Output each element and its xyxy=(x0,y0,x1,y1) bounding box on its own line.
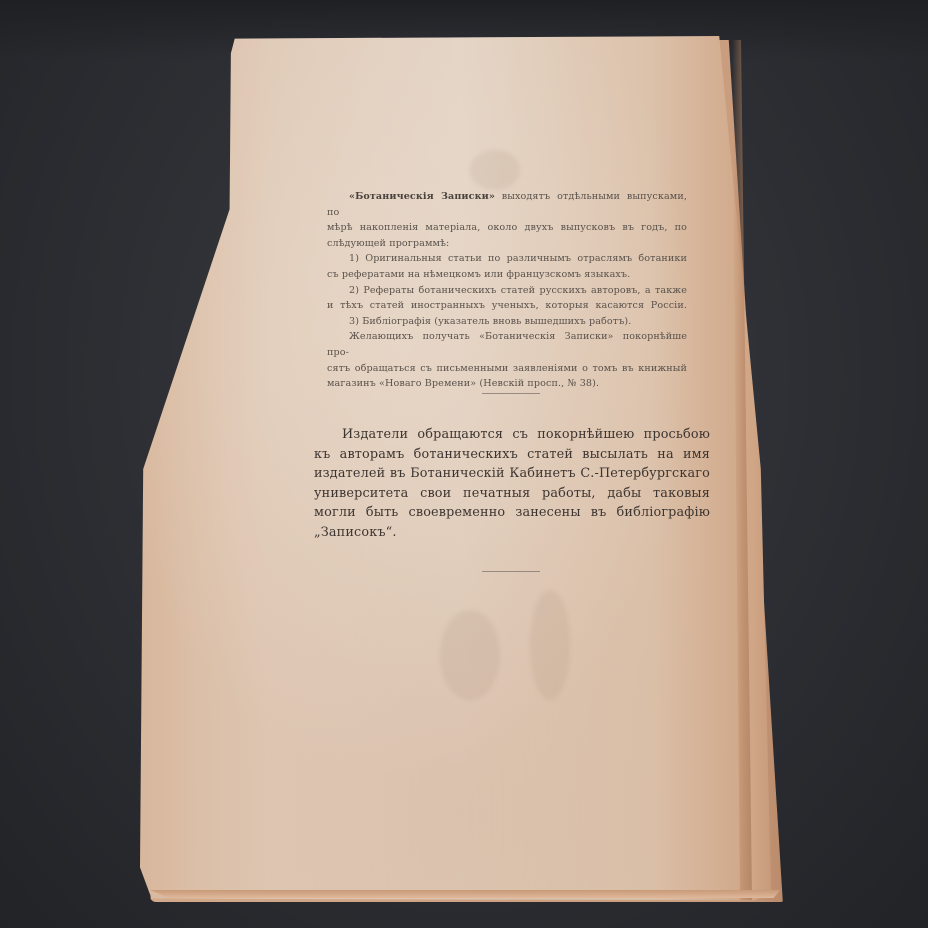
notice-line: къ авторамъ ботаническихъ статей высылат… xyxy=(314,445,710,465)
program-item-1: 1) Оригинальныя статьи по различнымъ отр… xyxy=(327,251,687,267)
section-divider xyxy=(482,571,540,572)
journal-title: «Ботаническія Записки» xyxy=(349,191,495,202)
notice-line: издателей въ Ботаническій Кабинетъ С.-Пе… xyxy=(314,464,710,484)
paper-stain xyxy=(530,590,570,700)
page-bottom-edge xyxy=(150,890,780,898)
section-divider xyxy=(482,393,540,394)
program-line: съ рефератами на нѣмецкомъ или французск… xyxy=(327,267,687,283)
notice-line: могли быть своевременно занесены въ библ… xyxy=(314,503,710,523)
paper-stain xyxy=(470,150,520,190)
notice-line: Издатели обращаются съ покорнѣйшею прось… xyxy=(314,425,710,445)
program-item-3: 3) Библіографія (указатель вновь вышедши… xyxy=(327,314,687,330)
program-line: мѣрѣ накопленія матеріала, около двухъ в… xyxy=(327,220,687,236)
paper-stain xyxy=(440,610,500,700)
subscription-line: магазинъ «Новаго Времени» (Невскій просп… xyxy=(327,376,687,392)
program-line: «Ботаническія Записки» выходятъ отдѣльны… xyxy=(327,189,687,220)
notice-line: „Записокъ“. xyxy=(314,523,710,543)
subscription-line: сятъ обращаться съ письменными заявленія… xyxy=(327,361,687,377)
subscription-line: Желающихъ получать «Ботаническія Записки… xyxy=(327,329,687,360)
publishers-notice: Издатели обращаются съ покорнѣйшею прось… xyxy=(314,425,710,543)
notice-line: университета свои печатныя работы, дабы … xyxy=(314,484,710,504)
publication-program: «Ботаническія Записки» выходятъ отдѣльны… xyxy=(327,189,687,392)
program-item-2: 2) Рефераты ботаническихъ статей русских… xyxy=(327,283,687,299)
program-line: и тѣхъ статей иностранныхъ ученыхъ, кото… xyxy=(327,298,687,314)
program-line: слѣдующей программѣ: xyxy=(327,236,687,252)
